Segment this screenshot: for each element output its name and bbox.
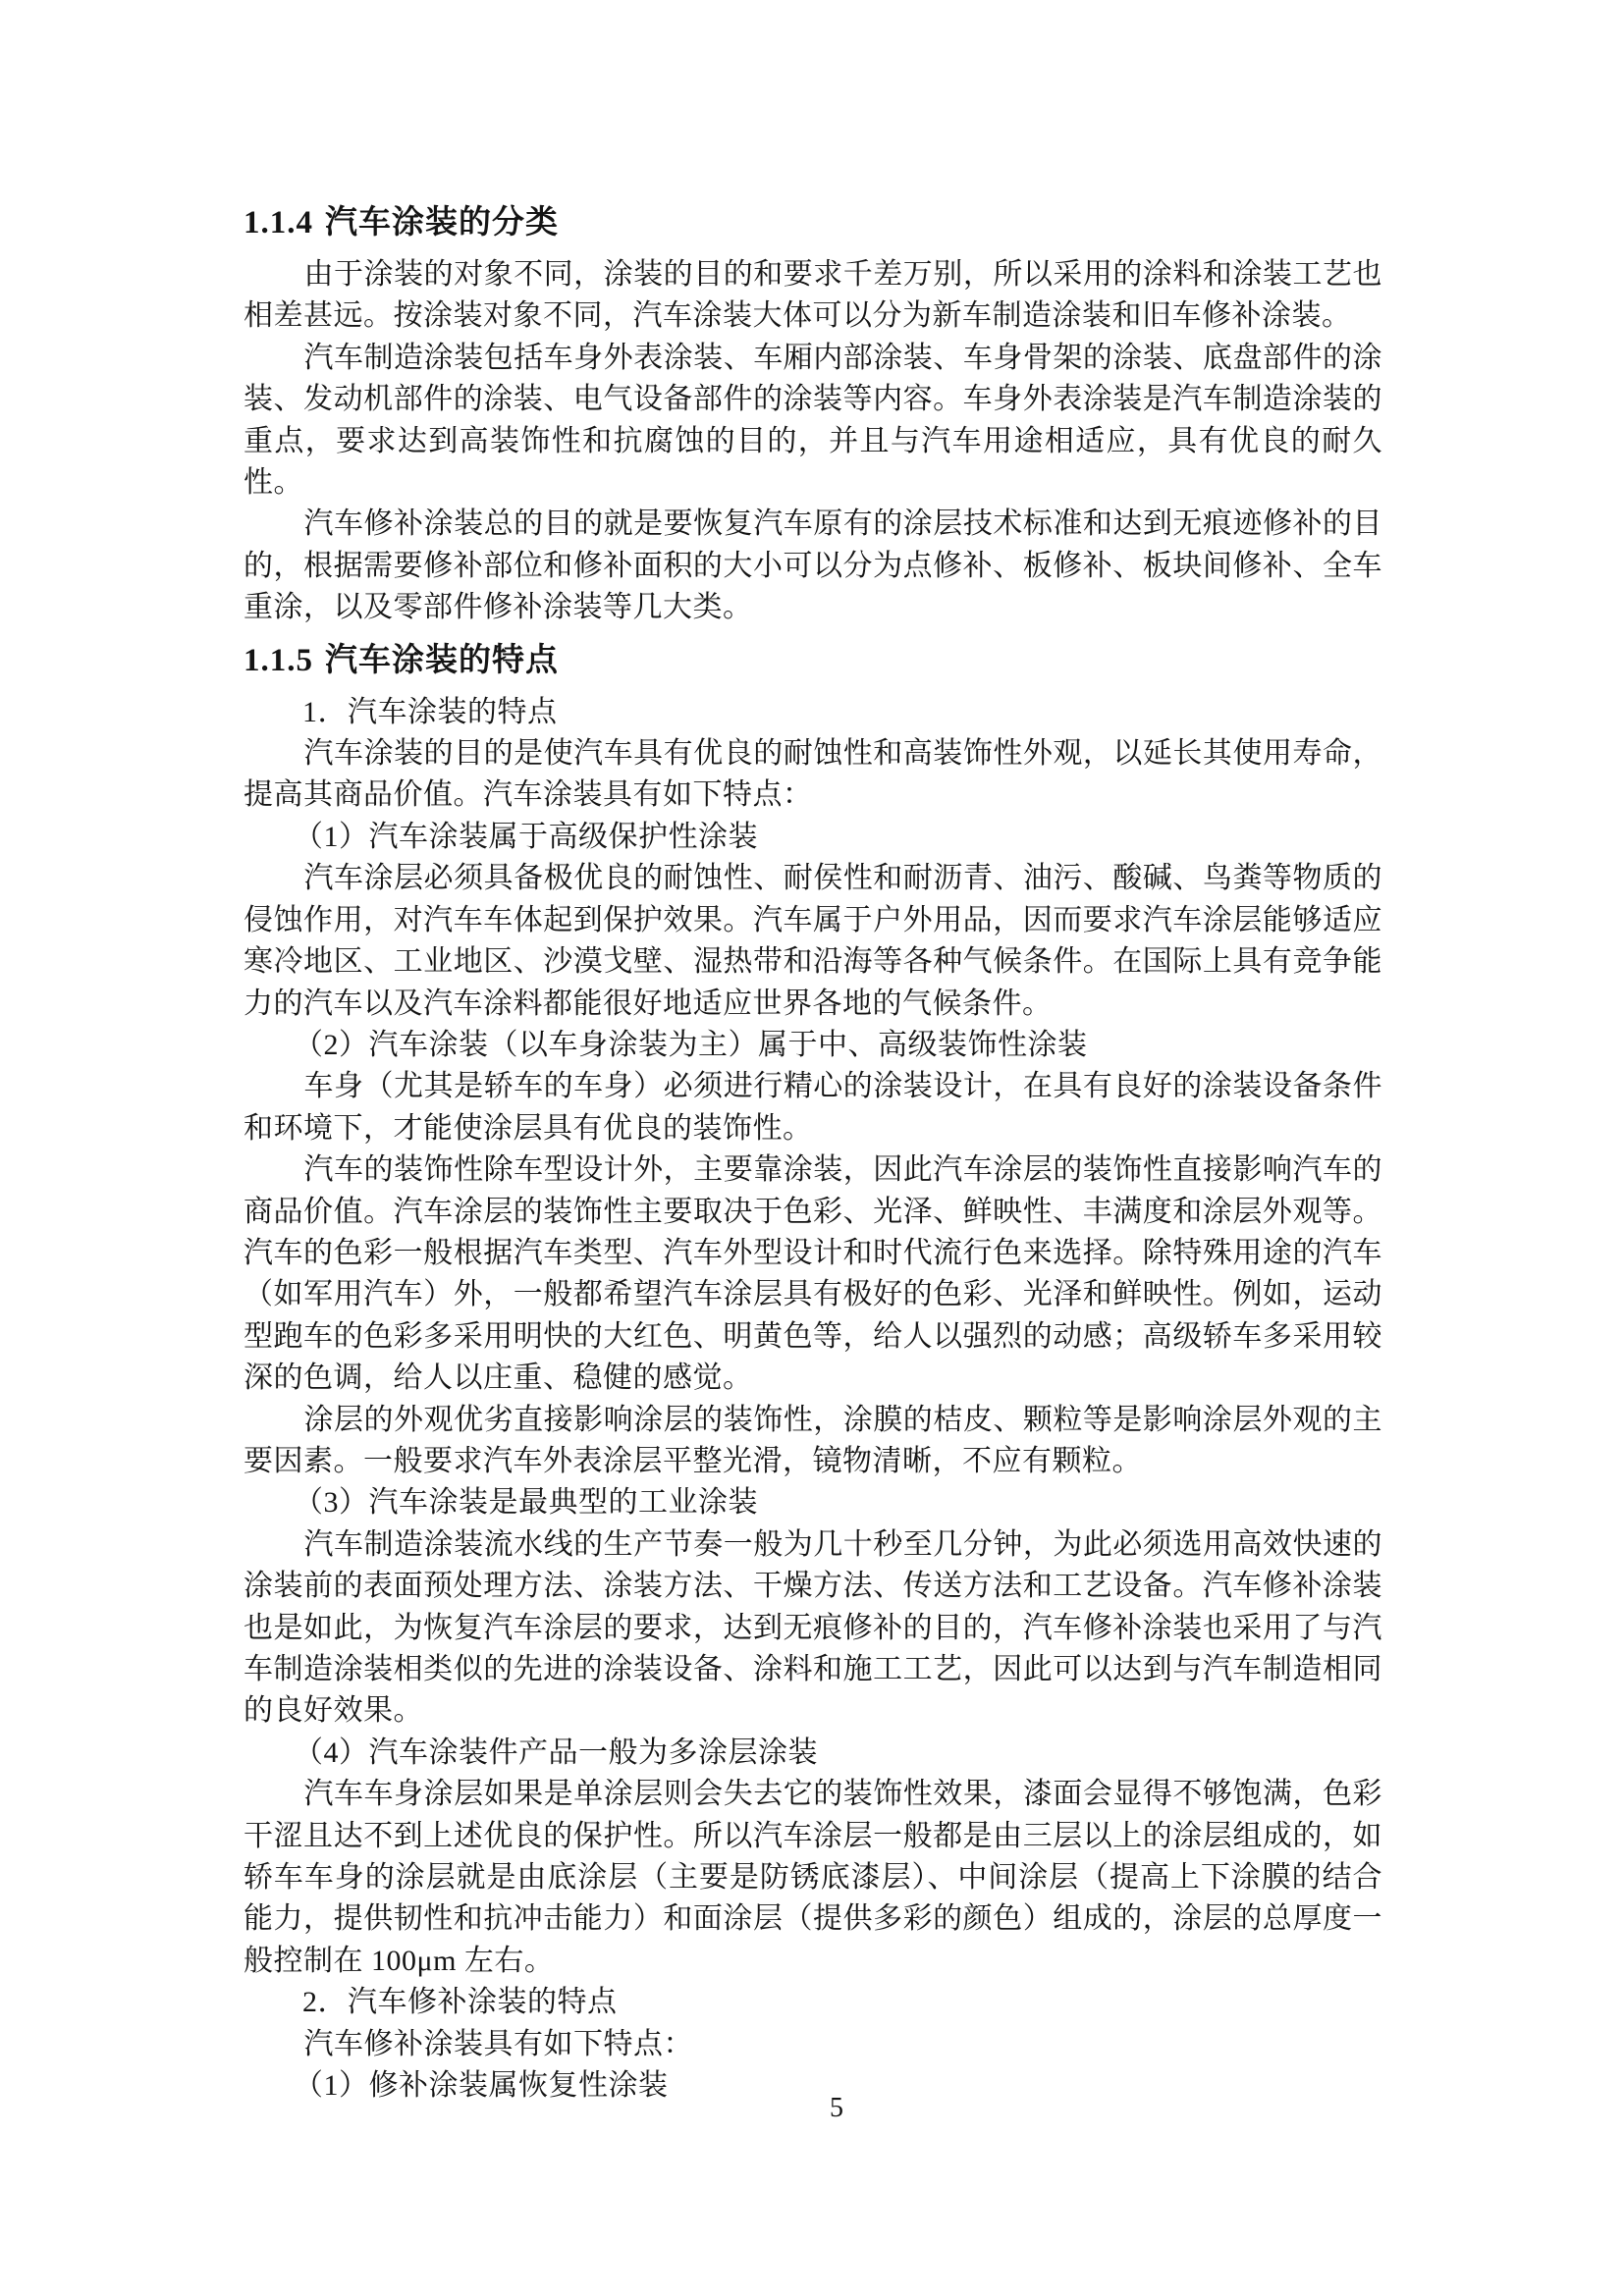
body-paragraph: 汽车修补涂装总的目的就是要恢复汽车原有的涂层技术标准和达到无痕迹修补的目的，根据… (244, 504, 1382, 628)
list-item: 2．汽车修补涂装的特点 (244, 1982, 1382, 2023)
body-paragraph: 汽车制造涂装包括车身外表涂装、车厢内部涂装、车身骨架的涂装、底盘部件的涂装、发动… (244, 338, 1382, 505)
body-paragraph: 汽车制造涂装流水线的生产节奏一般为几十秒至几分钟，为此必须选用高效快速的涂装前的… (244, 1524, 1382, 1733)
body-paragraph: 汽车的装饰性除车型设计外，主要靠涂装，因此汽车涂层的装饰性直接影响汽车的商品价值… (244, 1149, 1382, 1399)
body-paragraph: 汽车车身涂层如果是单涂层则会失去它的装饰性效果，漆面会显得不够饱满，色彩干涩且达… (244, 1774, 1382, 1982)
body-paragraph: 汽车涂装的目的是使汽车具有优良的耐蚀性和高装饰性外观，以延长其使用寿命，提高其商… (244, 733, 1382, 817)
body-paragraph: 车身（尤其是轿车的车身）必须进行精心的涂装设计，在具有良好的涂装设备条件和环境下… (244, 1066, 1382, 1149)
page-number: 5 (830, 2093, 843, 2123)
list-item: （1）汽车涂装属于高级保护性涂装 (244, 817, 1382, 858)
section-heading: 1.1.5汽车涂装的特点 (244, 639, 1382, 682)
document-page: 1.1.4汽车涂装的分类由于涂装的对象不同，涂装的目的和要求千差万别，所以采用的… (0, 0, 1624, 2296)
page-content: 1.1.4汽车涂装的分类由于涂装的对象不同，涂装的目的和要求千差万别，所以采用的… (244, 201, 1382, 2107)
heading-title: 汽车涂装的分类 (325, 205, 559, 240)
list-item: （4）汽车涂装件产品一般为多涂层涂装 (244, 1733, 1382, 1774)
body-paragraph: 汽车修补涂装具有如下特点： (244, 2024, 1382, 2065)
page-footer: 5 (25, 2091, 1624, 2126)
body-paragraph: 涂层的外观优劣直接影响涂层的装饰性，涂膜的桔皮、颗粒等是影响涂层外观的主要因素。… (244, 1400, 1382, 1483)
body-paragraph: 由于涂装的对象不同，涂装的目的和要求千差万别，所以采用的涂料和涂装工艺也相差甚远… (244, 254, 1382, 338)
body-paragraph: 汽车涂层必须具备极优良的耐蚀性、耐侯性和耐沥青、油污、酸碱、鸟粪等物质的侵蚀作用… (244, 858, 1382, 1025)
section-heading: 1.1.4汽车涂装的分类 (244, 201, 1382, 244)
list-item: （2）汽车涂装（以车身涂装为主）属于中、高级装饰性涂装 (244, 1025, 1382, 1066)
heading-title: 汽车涂装的特点 (325, 643, 559, 678)
heading-number: 1.1.4 (244, 205, 313, 240)
heading-number: 1.1.5 (244, 643, 313, 678)
list-item: （3）汽车涂装是最典型的工业涂装 (244, 1482, 1382, 1523)
list-item: 1．汽车涂装的特点 (244, 692, 1382, 733)
